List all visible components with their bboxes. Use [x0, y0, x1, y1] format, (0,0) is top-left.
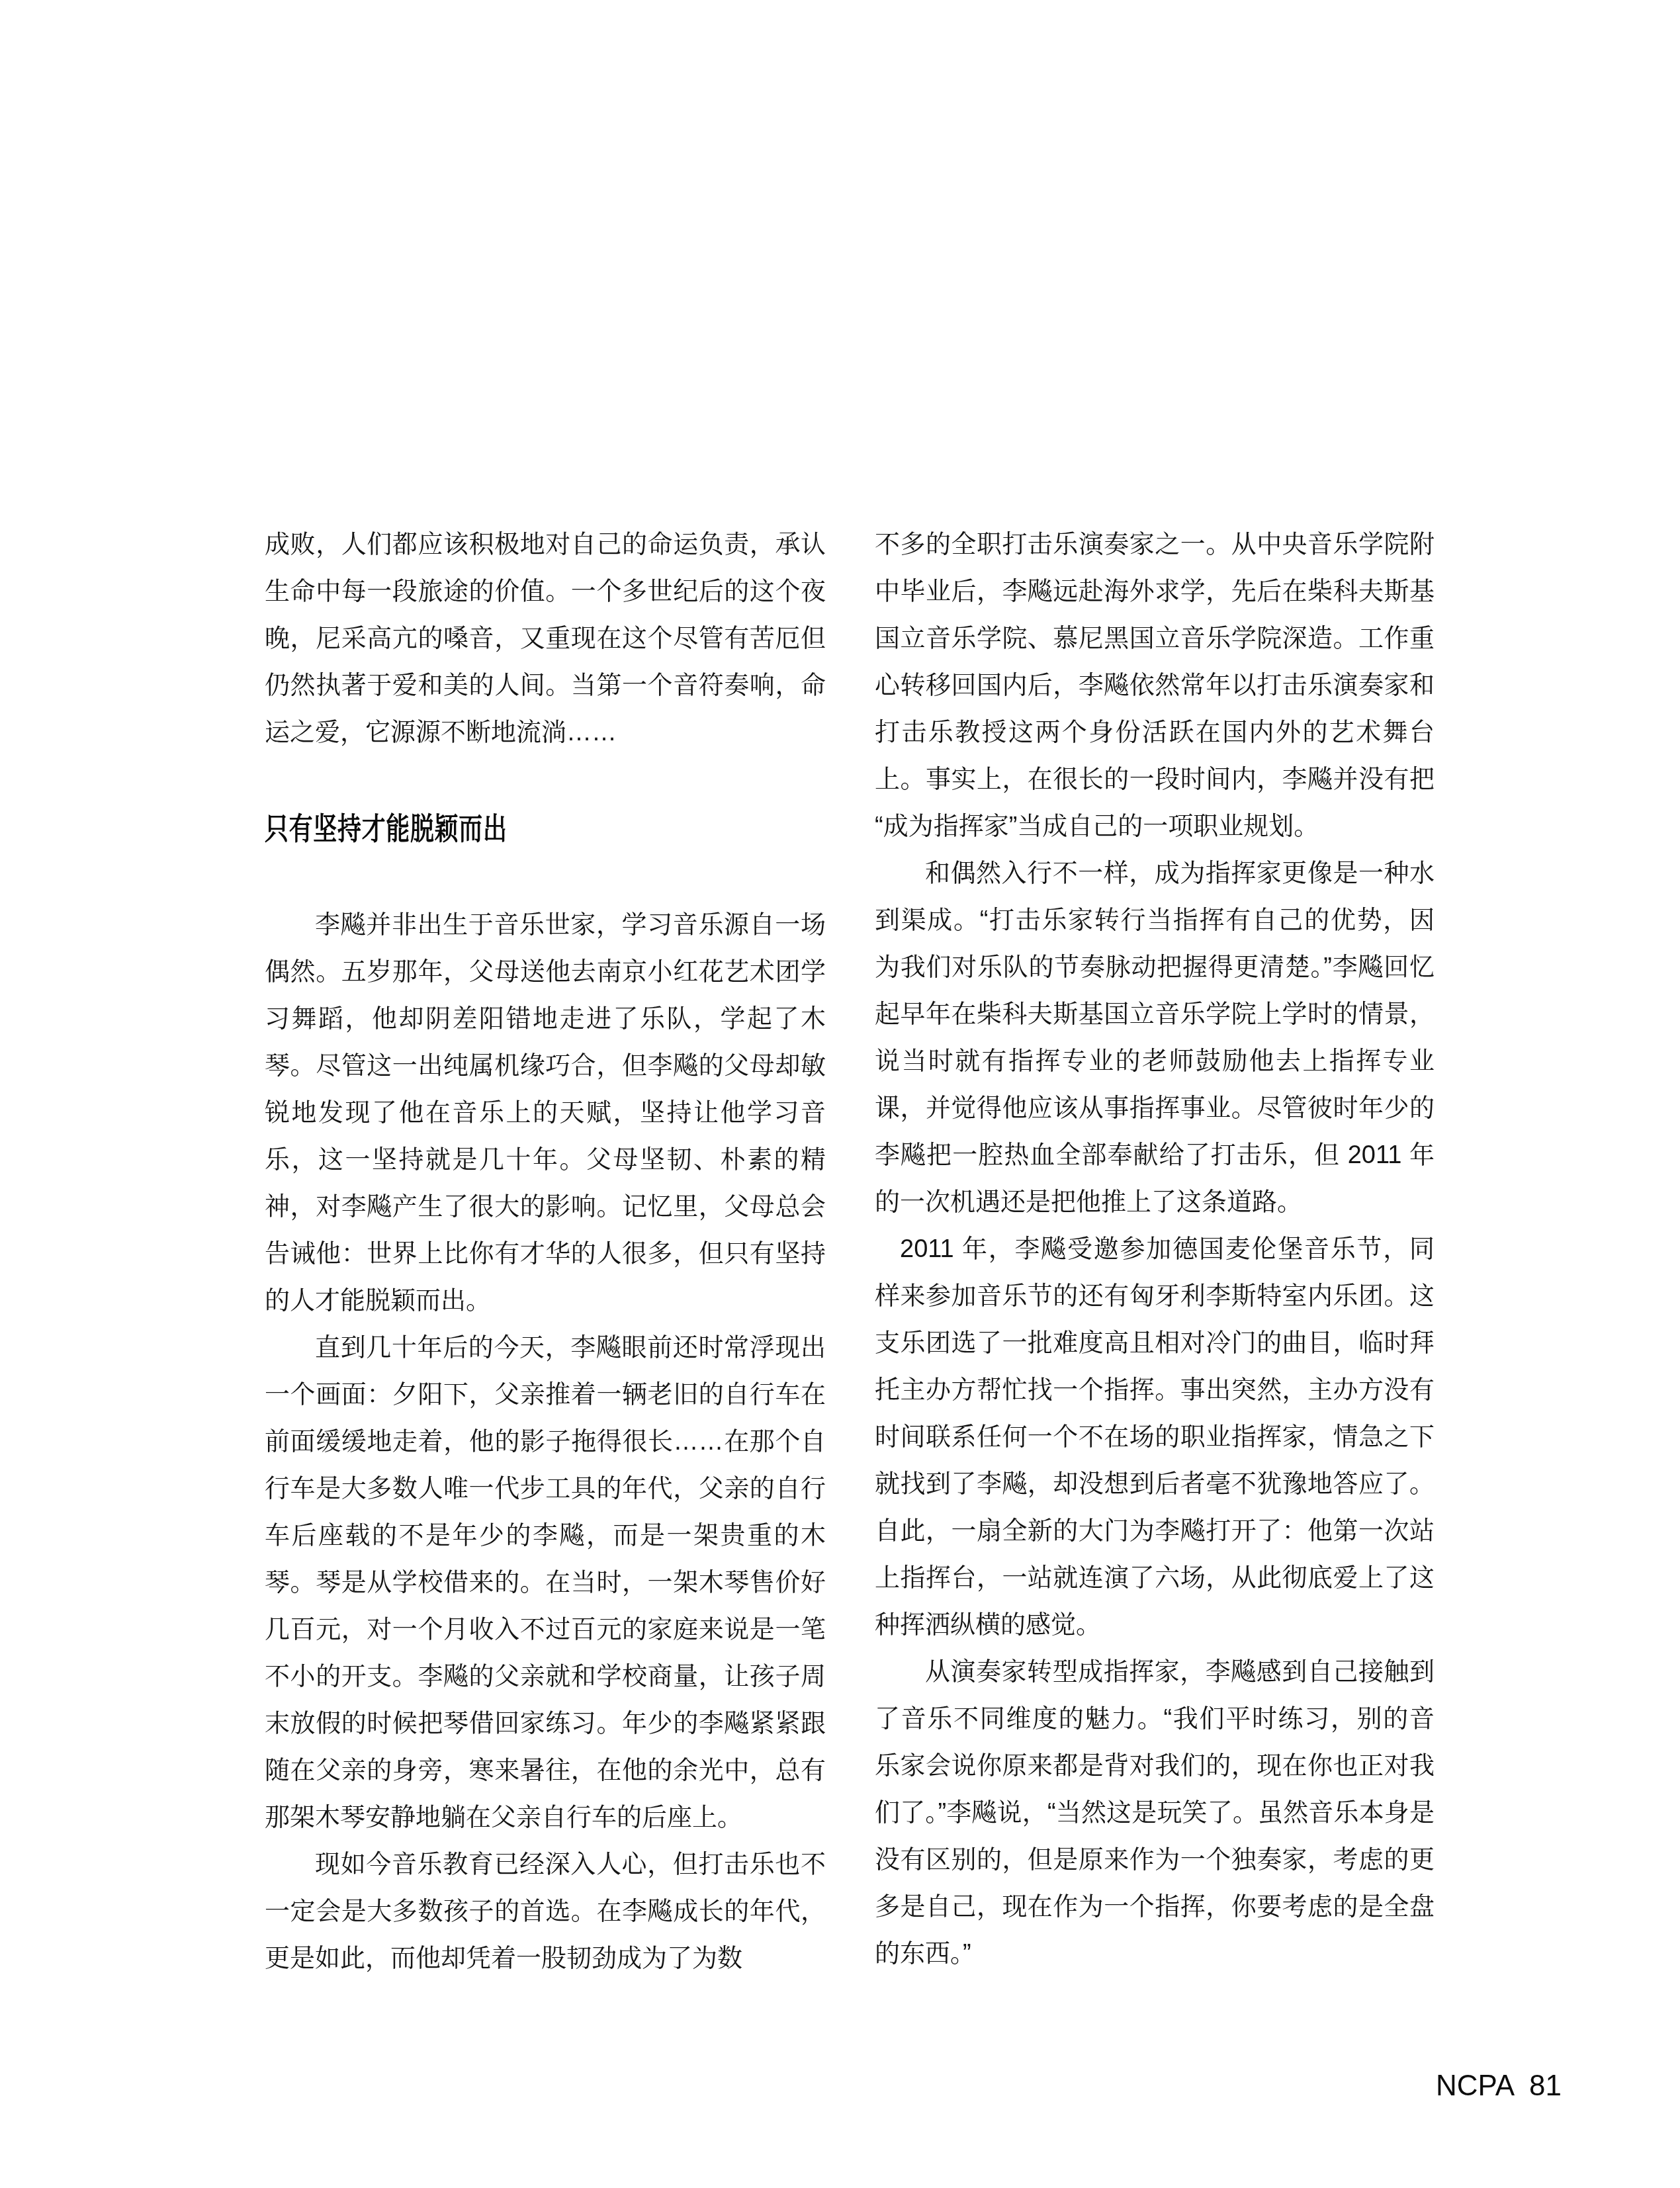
paragraph: 和偶然入行不一样，成为指挥家更像是一种水到渠成。“打击乐家转行当指挥有自己的优势… — [875, 850, 1435, 1226]
left-column: 成败，人们都应该积极地对自己的命运负责，承认生命中每一段旅途的价值。一个多世纪后… — [265, 521, 826, 1982]
section-heading: 只有坚持才能脱颖而出 — [265, 805, 826, 852]
paragraph: 现如今音乐教育已经深入人心，但打击乐也不一定会是大多数孩子的首选。在李飚成长的年… — [265, 1841, 826, 1982]
page-number: 81 — [1529, 2070, 1562, 2102]
paragraph-continuation: 不多的全职打击乐演奏家之一。从中央音乐学院附中毕业后，李飚远赴海外求学，先后在柴… — [875, 521, 1435, 850]
paragraph: 直到几十年后的今天，李飚眼前还时常浮现出一个画面：夕阳下，父亲推着一辆老旧的自行… — [265, 1325, 826, 1841]
footer-brand: NCPA — [1436, 2070, 1515, 2102]
page-footer: NCPA81 — [1257, 2070, 1562, 2103]
right-column: 不多的全职打击乐演奏家之一。从中央音乐学院附中毕业后，李飚远赴海外求学，先后在柴… — [875, 521, 1435, 1978]
paragraph-continuation: 成败，人们都应该积极地对自己的命运负责，承认生命中每一段旅途的价值。一个多世纪后… — [265, 521, 826, 756]
paragraph: 从演奏家转型成指挥家，李飚感到自己接触到了音乐不同维度的魅力。“我们平时练习，别… — [875, 1649, 1435, 1978]
paragraph: 2011 年，李飚受邀参加德国麦伦堡音乐节，同样来参加音乐节的还有匈牙利李斯特室… — [875, 1226, 1435, 1649]
section-heading-text: 只有坚持才能脱颖而出 — [265, 805, 508, 852]
magazine-page: 成败，人们都应该积极地对自己的命运负责，承认生命中每一段旅途的价值。一个多世纪后… — [0, 0, 1680, 2188]
paragraph: 李飚并非出生于音乐世家，学习音乐源自一场偶然。五岁那年，父母送他去南京小红花艺术… — [265, 902, 826, 1325]
